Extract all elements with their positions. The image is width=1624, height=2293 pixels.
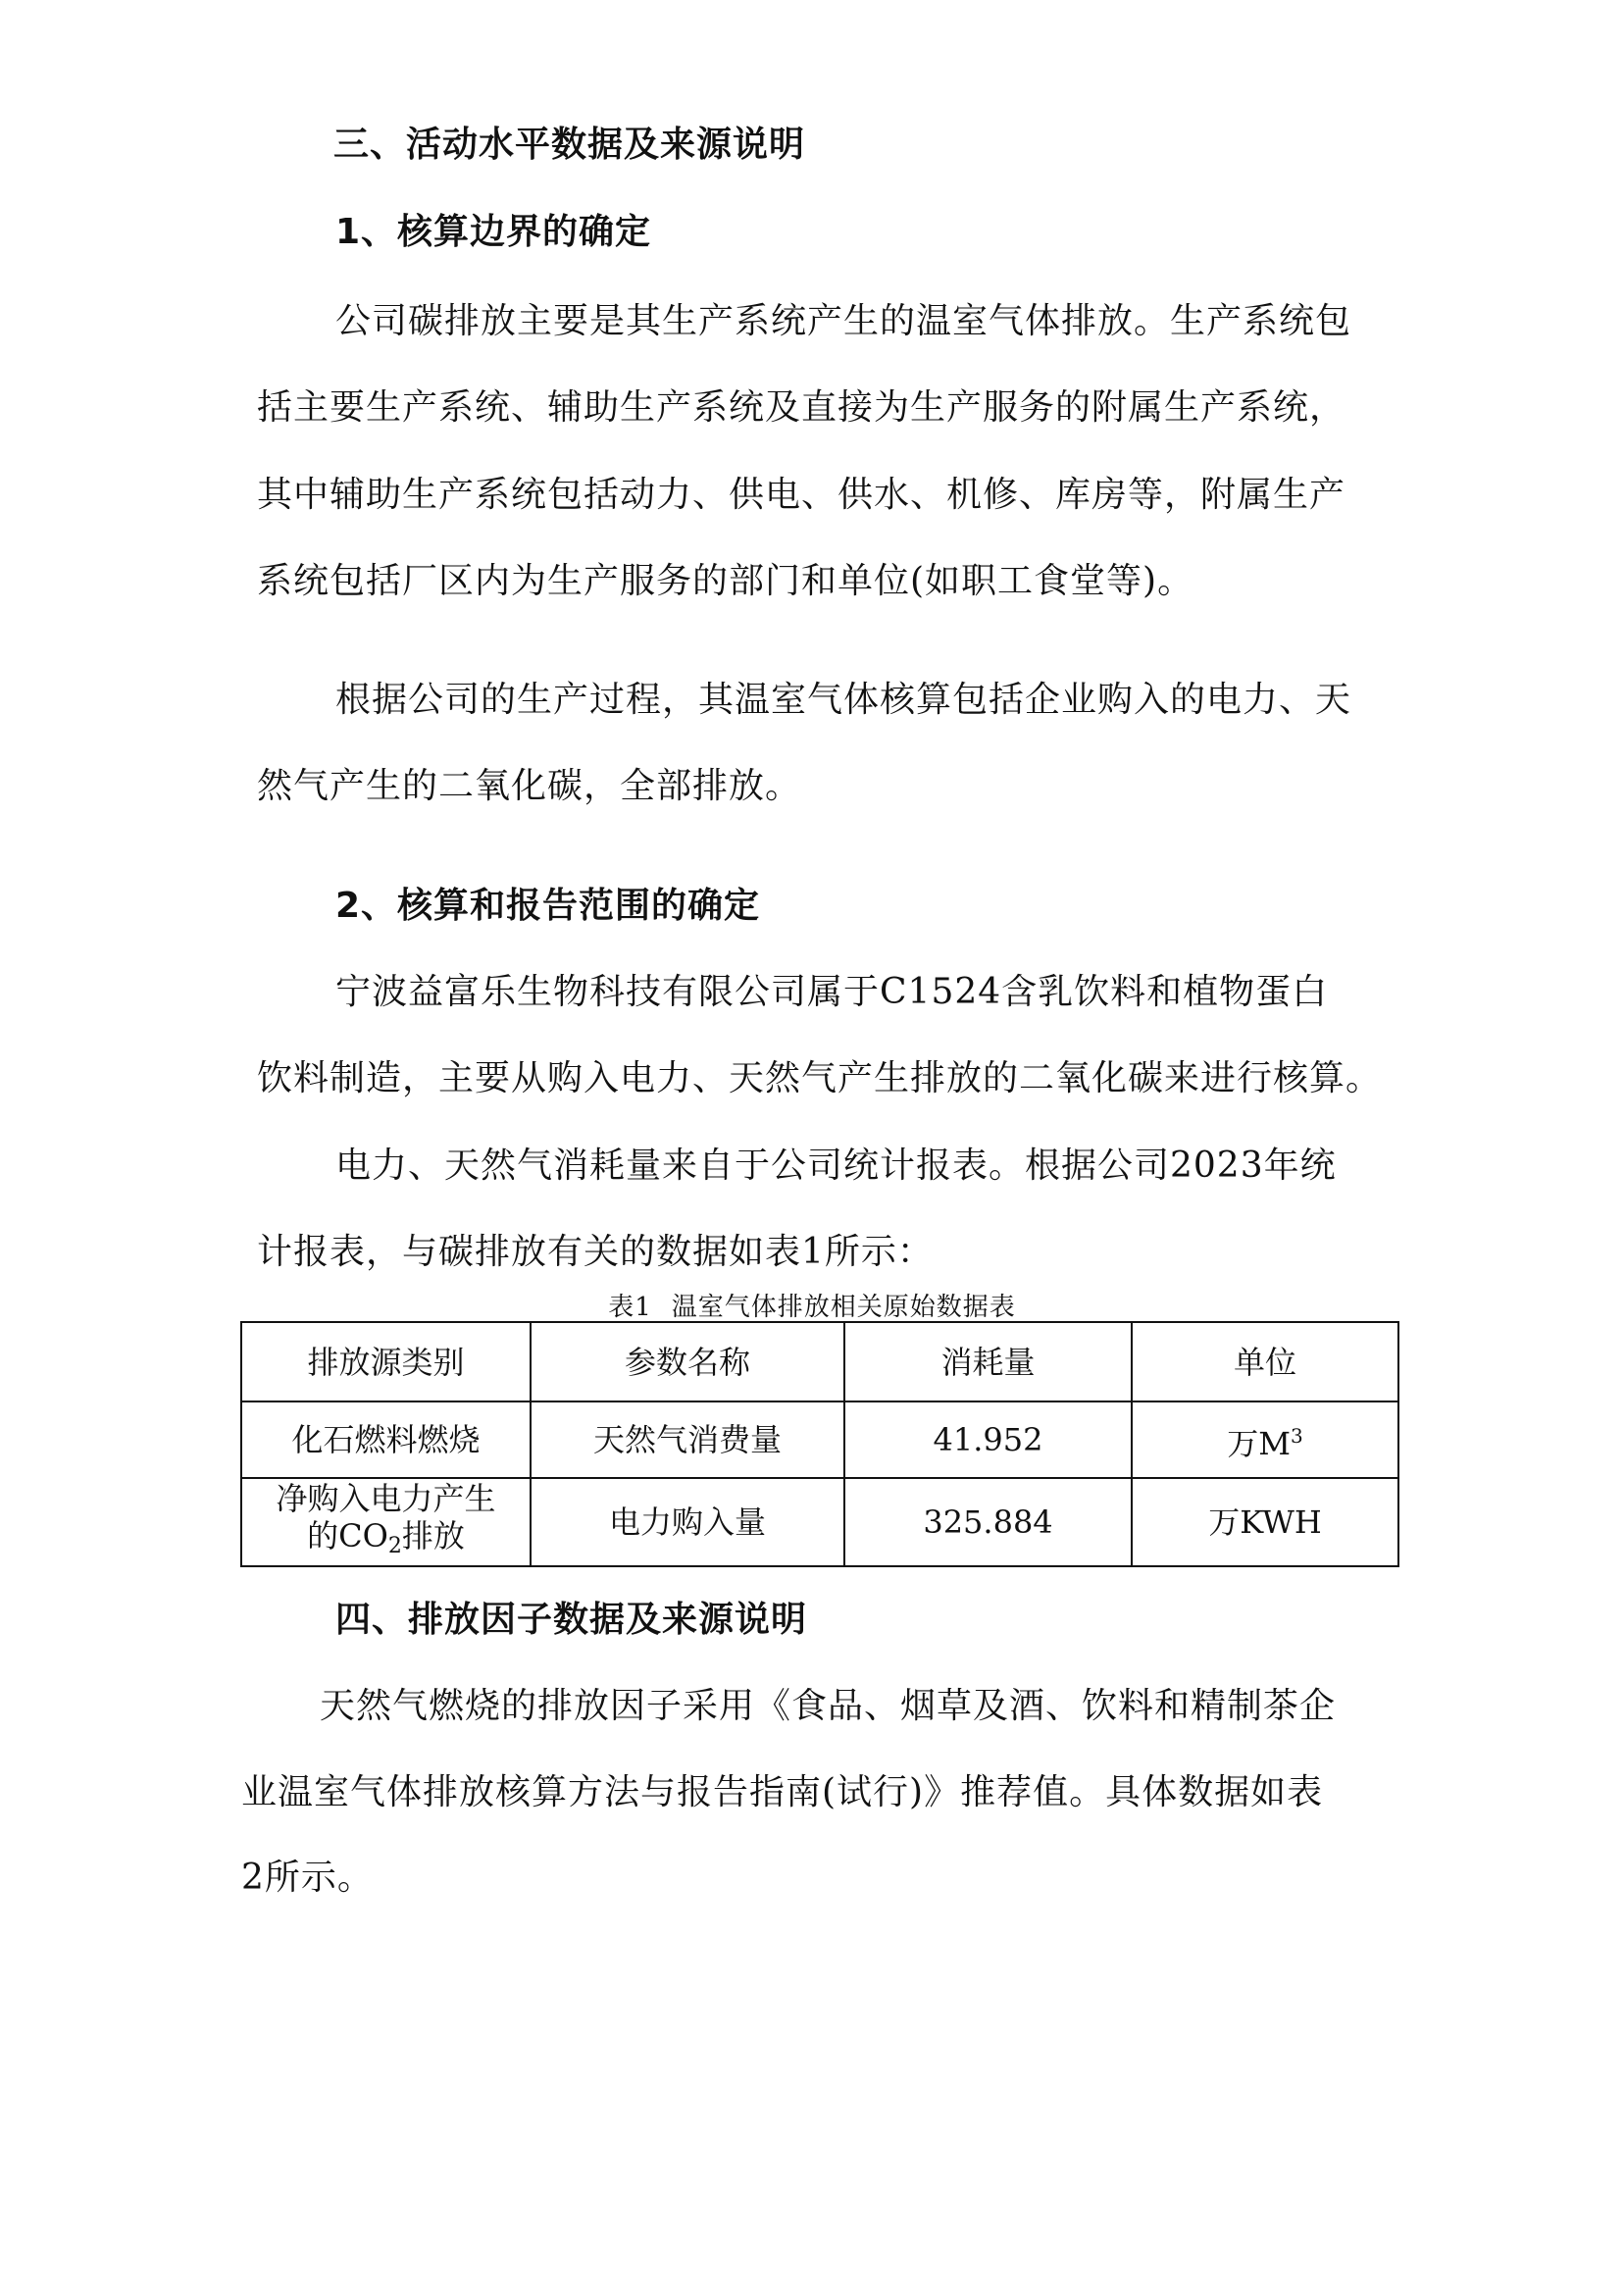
table1-caption-number: 表1 xyxy=(608,1293,652,1322)
paragraph-line: 其中辅助生产系统包括动力、供电、供水、机修、库房等，附属生产 xyxy=(257,474,1345,517)
header-unit: 单位 xyxy=(1132,1322,1398,1401)
paragraph-line: 业温室气体排放核算方法与报告指南(试行)》推荐值。具体数据如表 xyxy=(241,1771,1323,1814)
paragraph-line: 电力、天然气消耗量来自于公司统计报表。根据公司2023年统 xyxy=(335,1145,1337,1188)
paragraph-line: 计报表，与碳排放有关的数据如表1所示： xyxy=(257,1231,934,1274)
header-amount: 消耗量 xyxy=(844,1322,1132,1401)
paragraph-line: 根据公司的生产过程，其温室气体核算包括企业购入的电力、天 xyxy=(335,679,1351,722)
table-row: 净购入电力产生 的CO2排放 电力购入量 325.884 万KWH xyxy=(241,1478,1398,1566)
paragraph-line: 饮料制造，主要从购入电力、天然气产生排放的二氧化碳来进行核算。 xyxy=(257,1057,1382,1100)
table1: 排放源类别 参数名称 消耗量 单位 化石燃料燃烧 天然气消费量 41.952 万… xyxy=(240,1321,1399,1567)
table-header-row: 排放源类别 参数名称 消耗量 单位 xyxy=(241,1322,1398,1401)
header-param: 参数名称 xyxy=(531,1322,844,1401)
category-text: 的CO xyxy=(307,1517,388,1554)
table1-caption-title: 温室气体排放相关原始数据表 xyxy=(672,1293,1016,1322)
cell-unit: 万KWH xyxy=(1132,1478,1398,1566)
category-line: 的CO2排放 xyxy=(248,1517,524,1565)
category-line: 净购入电力产生 xyxy=(248,1480,524,1517)
header-category: 排放源类别 xyxy=(241,1322,531,1401)
subscript: 2 xyxy=(388,1534,402,1558)
cell-amount: 41.952 xyxy=(844,1401,1132,1478)
cell-category: 净购入电力产生 的CO2排放 xyxy=(241,1478,531,1566)
paragraph-line: 公司碳排放主要是其生产系统产生的温室气体排放。生产系统包 xyxy=(335,300,1351,343)
subsection2-heading: 2、核算和报告范围的确定 xyxy=(335,885,760,928)
cell-category: 化石燃料燃烧 xyxy=(241,1401,531,1478)
section4-heading: 四、排放因子数据及来源说明 xyxy=(335,1599,807,1642)
subsection1-heading: 1、核算边界的确定 xyxy=(335,211,651,254)
table1-caption: 表1温室气体排放相关原始数据表 xyxy=(0,1293,1624,1322)
cell-unit: 万M3 xyxy=(1132,1401,1398,1478)
paragraph-line: 宁波益富乐生物科技有限公司属于C1524含乳饮料和植物蛋白 xyxy=(335,971,1328,1014)
paragraph-line: 括主要生产系统、辅助生产系统及直接为生产服务的附属生产系统， xyxy=(257,386,1345,430)
cell-amount: 325.884 xyxy=(844,1478,1132,1566)
paragraph-line: 天然气燃烧的排放因子采用《食品、烟草及酒、饮料和精制茶企 xyxy=(320,1685,1336,1728)
cell-param: 电力购入量 xyxy=(531,1478,844,1566)
unit-text: 万M xyxy=(1227,1425,1291,1462)
paragraph-line: 2所示。 xyxy=(241,1857,374,1900)
paragraph-line: 然气产生的二氧化碳，全部排放。 xyxy=(257,765,801,808)
unit-superscript: 3 xyxy=(1291,1424,1303,1448)
category-text: 排放 xyxy=(402,1517,465,1554)
cell-param: 天然气消费量 xyxy=(531,1401,844,1478)
section3-heading: 三、活动水平数据及来源说明 xyxy=(333,124,805,167)
paragraph-line: 系统包括厂区内为生产服务的部门和单位(如职工食堂等)。 xyxy=(257,560,1193,603)
table-row: 化石燃料燃烧 天然气消费量 41.952 万M3 xyxy=(241,1401,1398,1478)
